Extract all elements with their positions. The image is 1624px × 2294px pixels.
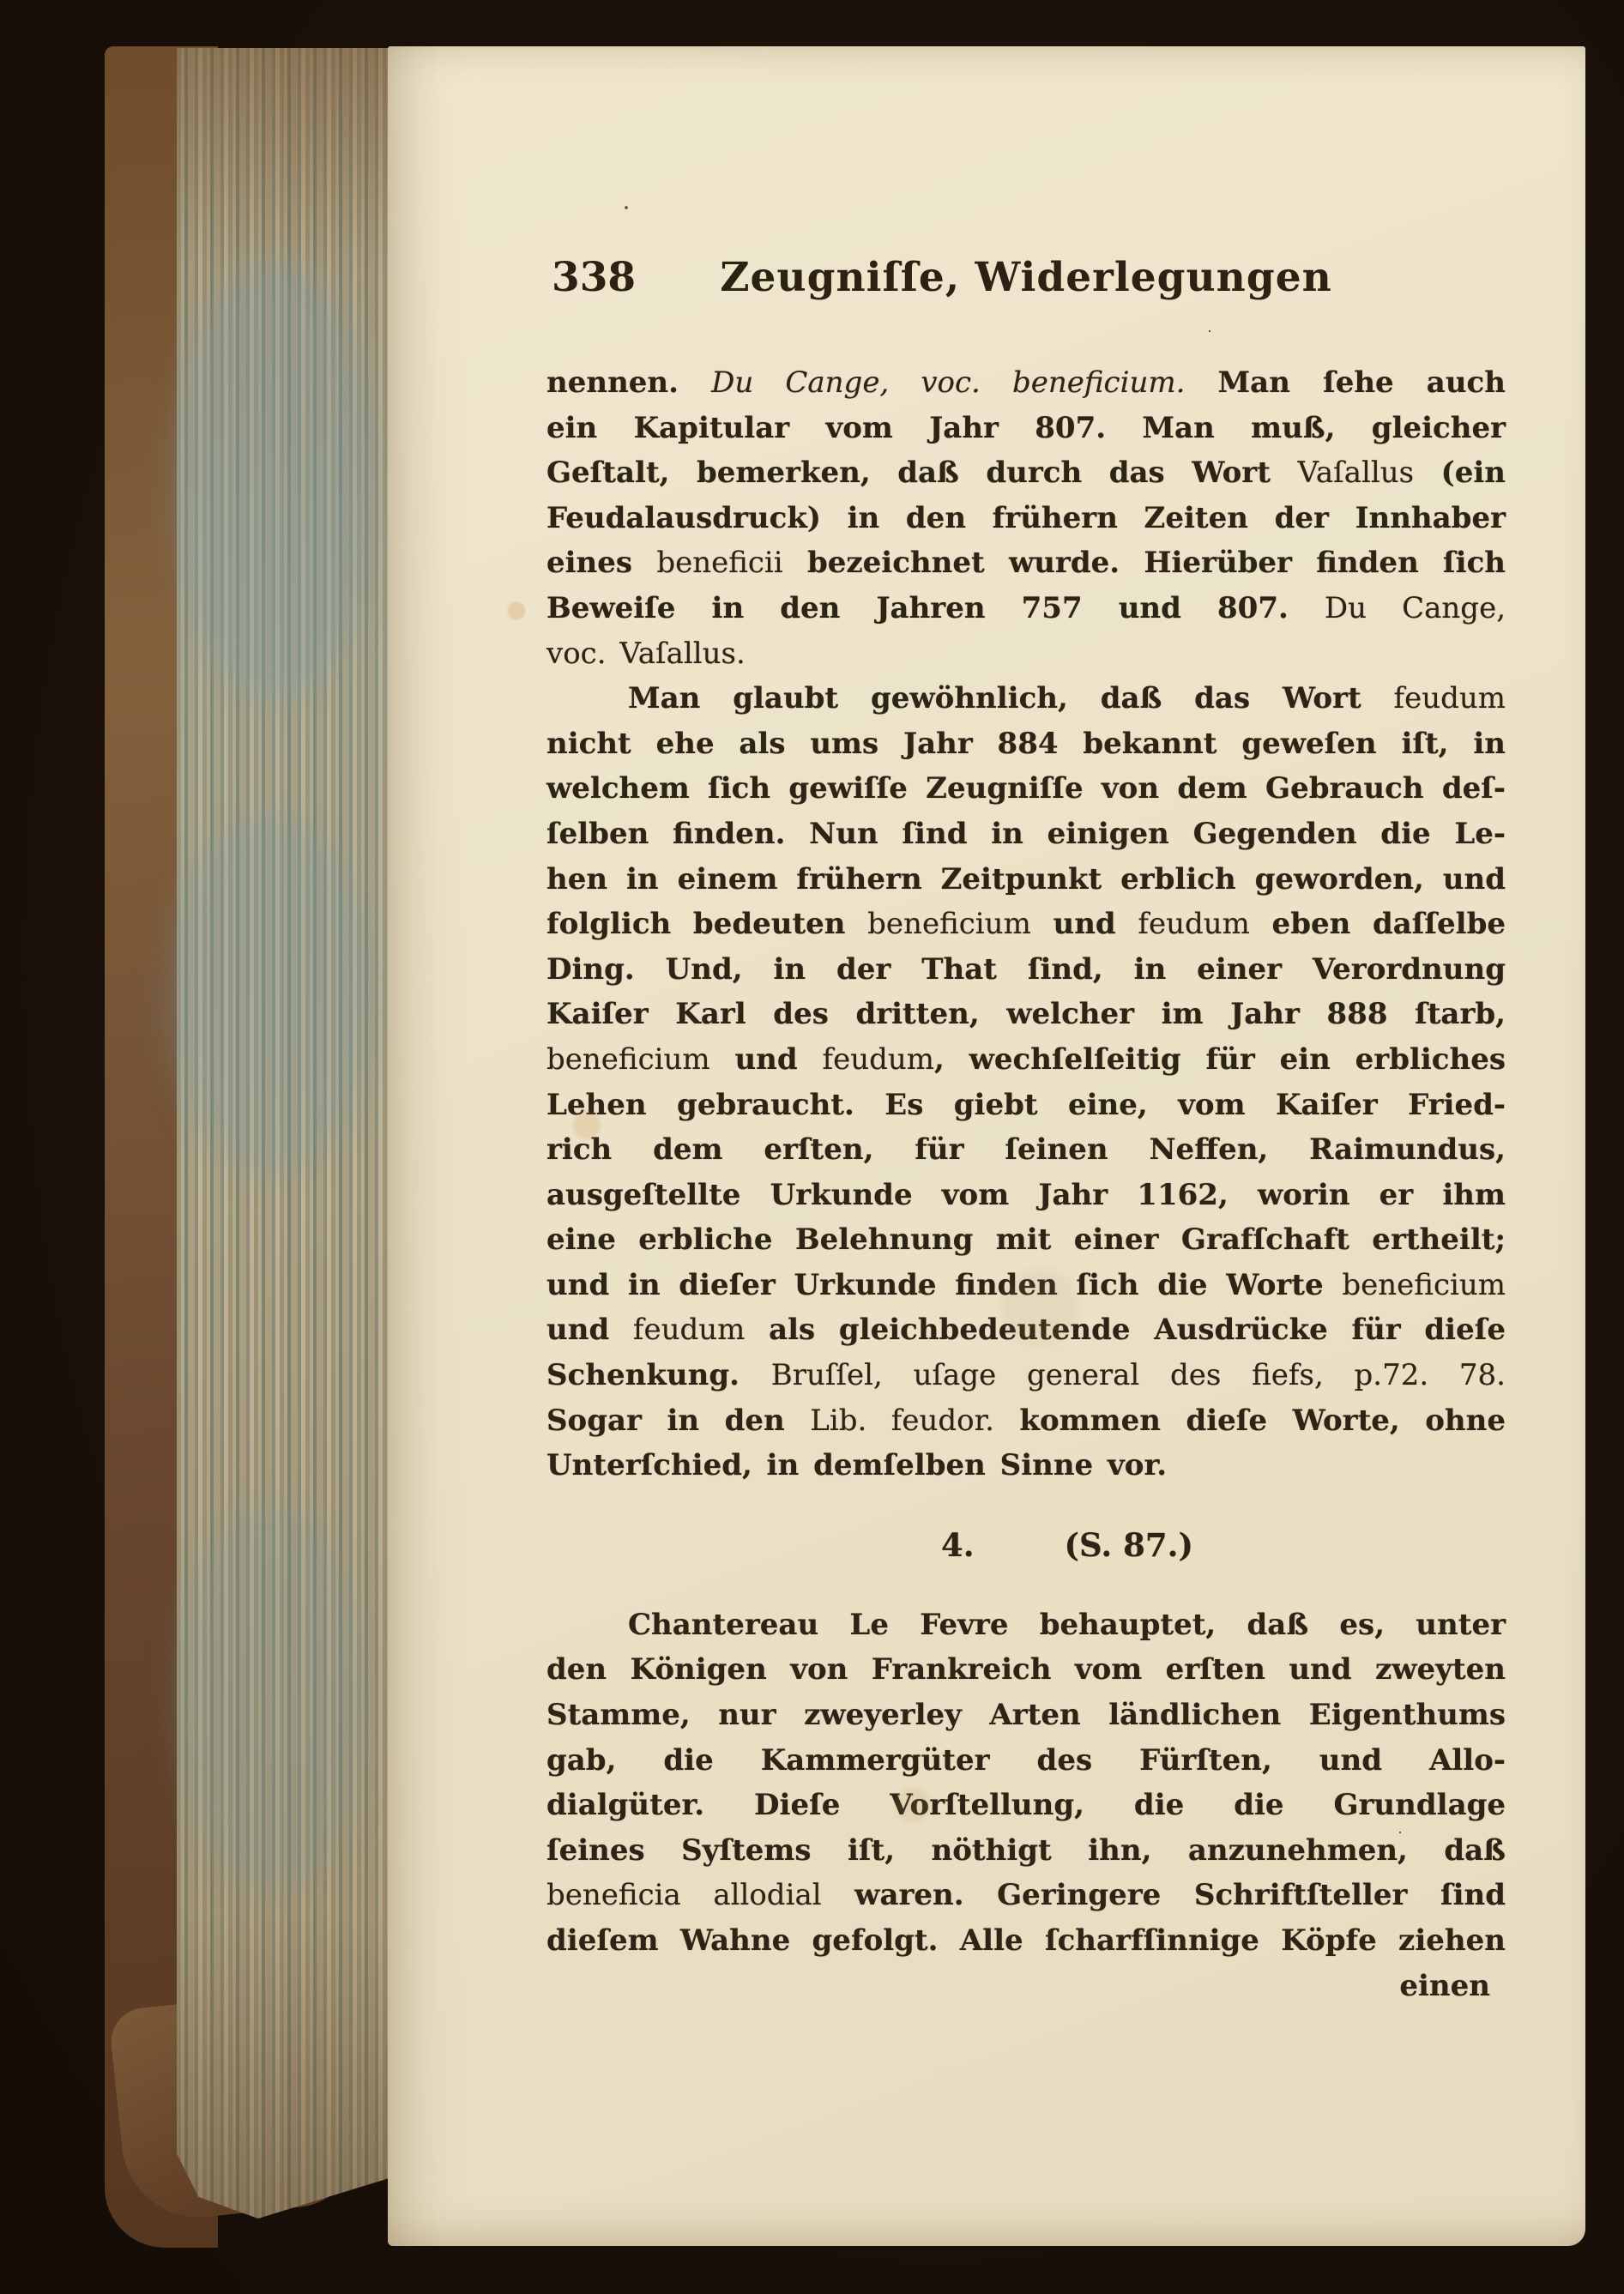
text-line: Schenkung. Bruſſel, uſage general des fi… bbox=[546, 1353, 1506, 1398]
text-segment: nennen. bbox=[546, 365, 711, 400]
text-line: und in dieſer Urkunde finden ſich die Wo… bbox=[546, 1263, 1506, 1308]
text-segment: ein Kapitular vom Jahr 807. Man muß, gle… bbox=[546, 411, 1506, 445]
text-segment: Ding. Und, in der That ſind, in einer Ve… bbox=[546, 952, 1506, 987]
text-column: 338 Zeugniſſe, Widerlegungen nennen. Du … bbox=[546, 254, 1506, 314]
text-segment: beneficium bbox=[867, 907, 1031, 941]
text-segment: eben daſſelbe bbox=[1250, 907, 1506, 941]
text-line: Beweiſe in den Jahren 757 und 807. Du Ca… bbox=[546, 586, 1506, 631]
text-line: ſelben finden. Nun ſind in einigen Gegen… bbox=[546, 812, 1506, 857]
text-segment: hen in einem frühern Zeitpunkt erblich g… bbox=[546, 862, 1506, 896]
text-line: Ding. Und, in der That ſind, in einer Ve… bbox=[546, 947, 1506, 993]
text-segment: Beweiſe in den Jahren 757 und 807. bbox=[546, 591, 1325, 625]
text-line: eines beneficii bezeichnet wurde. Hierüb… bbox=[546, 540, 1506, 586]
text-segment: beneficium bbox=[1342, 1268, 1506, 1302]
text-line: dialgüter. Dieſe Vorſtellung, die die Gr… bbox=[546, 1783, 1506, 1828]
text-segment: und bbox=[1031, 907, 1138, 941]
text-segment: beneficia allodial bbox=[546, 1878, 822, 1912]
text-line: rich dem erſten, für ſeinen Neffen, Raim… bbox=[546, 1127, 1506, 1173]
text-segment: Schenkung. bbox=[546, 1358, 771, 1392]
text-segment: , wechſelſeitig für ein erbliches bbox=[934, 1042, 1506, 1077]
text-line: folglich bedeuten beneficium und feudum … bbox=[546, 902, 1506, 947]
text-segment: Du Cange, voc. beneficium. bbox=[711, 365, 1185, 400]
text-segment: ſelben finden. Nun ſind in einigen Gegen… bbox=[546, 817, 1506, 851]
text-line: ein Kapitular vom Jahr 807. Man muß, gle… bbox=[546, 406, 1506, 451]
text-segment: als gleichbedeutende Ausdrücke für dieſe bbox=[745, 1313, 1506, 1347]
text-line: nennen. Du Cange, voc. beneficium. Man ſ… bbox=[546, 360, 1506, 406]
section-gap bbox=[546, 1568, 1506, 1603]
section-number: 4. bbox=[941, 1526, 975, 1564]
text-segment: Unterſchied, in demſelben Sinne vor. bbox=[546, 1448, 1167, 1482]
text-segment: ausgeſtellte Urkunde vom Jahr 1162, wori… bbox=[546, 1178, 1506, 1212]
text-line: Stamme, nur zweyerley Arten ländlichen E… bbox=[546, 1693, 1506, 1738]
catchword: einen bbox=[1399, 1969, 1490, 2003]
text-segment: und bbox=[710, 1042, 823, 1077]
text-line: Geſtalt, bemerken, daß durch das Wort Va… bbox=[546, 450, 1506, 496]
text-line: den Königen von Frankreich vom erſten un… bbox=[546, 1647, 1506, 1693]
text-segment: folglich bedeuten bbox=[546, 907, 867, 941]
section-heading: 4. (S. 87.) bbox=[588, 1523, 1547, 1568]
text-segment: dieſem Wahne gefolgt. Alle ſcharfſinnige… bbox=[546, 1923, 1506, 1958]
text-segment: waren. Geringere Schriftſteller ſind bbox=[822, 1878, 1506, 1912]
text-segment: Du Cange, bbox=[1325, 591, 1506, 625]
text-segment: nicht ehe als ums Jahr 884 bekannt geweſ… bbox=[546, 727, 1506, 761]
text-segment: Chantereau Le Fevre behauptet, daß es, u… bbox=[628, 1608, 1506, 1642]
text-line: und feudum als gleichbedeutende Ausdrück… bbox=[546, 1307, 1506, 1353]
text-segment: rich dem erſten, für ſeinen Neffen, Raim… bbox=[546, 1132, 1506, 1167]
text-segment: Feudalausdruck) in den frühern Zeiten de… bbox=[546, 501, 1506, 535]
text-line: hen in einem frühern Zeitpunkt erblich g… bbox=[546, 857, 1506, 903]
text-segment: Sogar in den bbox=[546, 1404, 810, 1438]
text-line: eine erbliche Belehnung mit einer Grafſc… bbox=[546, 1217, 1506, 1263]
paragraph: Man glaubt gewöhnlich, daß das Wort feud… bbox=[546, 676, 1506, 1488]
text-segment: kommen dieſe Worte, ohne bbox=[994, 1404, 1506, 1438]
text-line: Feudalausdruck) in den frühern Zeiten de… bbox=[546, 496, 1506, 541]
text-segment: dialgüter. Dieſe Vorſtellung, die die Gr… bbox=[546, 1788, 1506, 1822]
text-segment: voc. Vaſallus. bbox=[546, 637, 746, 671]
book-page: 338 Zeugniſſe, Widerlegungen nennen. Du … bbox=[388, 46, 1585, 2246]
text-segment: Kaiſer Karl des dritten, welcher im Jahr… bbox=[546, 997, 1506, 1031]
section-gap bbox=[546, 1488, 1506, 1523]
text-segment: eine erbliche Belehnung mit einer Grafſc… bbox=[546, 1222, 1506, 1257]
text-segment: Bruſſel, uſage general des fiefs, p.72. … bbox=[771, 1358, 1506, 1392]
text-segment: feudum bbox=[633, 1313, 746, 1347]
text-line: voc. Vaſallus. bbox=[546, 631, 1506, 677]
text-line: ſeines Syſtems iſt, nöthigt ihn, anzuneh… bbox=[546, 1828, 1506, 1874]
catchword-row: einen bbox=[546, 1964, 1506, 2008]
text-line: gab, die Kammergüter des Fürſten, und Al… bbox=[546, 1738, 1506, 1784]
text-line: Unterſchied, in demſelben Sinne vor. bbox=[546, 1443, 1506, 1488]
text-segment: welchem ſich gewiſſe Zeugniſſe von dem G… bbox=[546, 771, 1506, 806]
text-segment: gab, die Kammergüter des Fürſten, und Al… bbox=[546, 1743, 1506, 1778]
text-line: Man glaubt gewöhnlich, daß das Wort feud… bbox=[546, 676, 1506, 721]
paragraph: nennen. Du Cange, voc. beneficium. Man ſ… bbox=[546, 360, 1506, 676]
text-segment: Man glaubt gewöhnlich, daß das Wort bbox=[628, 681, 1393, 715]
text-segment: Lib. feudor. bbox=[810, 1404, 994, 1438]
text-segment: (ein bbox=[1414, 456, 1506, 490]
text-line: ausgeſtellte Urkunde vom Jahr 1162, wori… bbox=[546, 1173, 1506, 1218]
text-segment: Stamme, nur zweyerley Arten ländlichen E… bbox=[546, 1698, 1506, 1732]
text-segment: feudum bbox=[1393, 681, 1506, 715]
text-segment: und in dieſer Urkunde finden ſich die Wo… bbox=[546, 1268, 1342, 1302]
text-line: Lehen gebraucht. Es giebt eine, vom Kaiſ… bbox=[546, 1083, 1506, 1128]
text-segment: und bbox=[546, 1313, 633, 1347]
text-line: nicht ehe als ums Jahr 884 bekannt geweſ… bbox=[546, 721, 1506, 767]
text-line: beneficium und feudum, wechſelſeitig für… bbox=[546, 1037, 1506, 1083]
text-segment: beneficium bbox=[546, 1042, 710, 1077]
text-segment: Vaſallus bbox=[1297, 456, 1414, 490]
text-line: Chantereau Le Fevre behauptet, daß es, u… bbox=[546, 1603, 1506, 1648]
text-segment: Geſtalt, bemerken, daß durch das Wort bbox=[546, 456, 1297, 490]
text-line: Kaiſer Karl des dritten, welcher im Jahr… bbox=[546, 992, 1506, 1037]
text-segment: feudum bbox=[822, 1042, 934, 1077]
text-segment: feudum bbox=[1138, 907, 1250, 941]
body-text: nennen. Du Cange, voc. beneficium. Man ſ… bbox=[546, 360, 1506, 2008]
text-segment: ſeines Syſtems iſt, nöthigt ihn, anzuneh… bbox=[546, 1833, 1506, 1868]
section-page-reference: (S. 87.) bbox=[1064, 1526, 1193, 1564]
text-segment: beneficii bbox=[656, 546, 782, 580]
text-segment: bezeichnet wurde. Hierüber finden ſich bbox=[783, 546, 1506, 580]
page-header: 338 Zeugniſſe, Widerlegungen bbox=[546, 254, 1506, 314]
text-segment: eines bbox=[546, 546, 656, 580]
text-segment: den Königen von Frankreich vom erſten un… bbox=[546, 1652, 1506, 1687]
text-segment: Man ſehe auch bbox=[1185, 365, 1506, 400]
text-line: dieſem Wahne gefolgt. Alle ſcharfſinnige… bbox=[546, 1918, 1506, 1964]
text-line: beneficia allodial waren. Geringere Schr… bbox=[546, 1873, 1506, 1918]
photo-background: 338 Zeugniſſe, Widerlegungen nennen. Du … bbox=[0, 0, 1624, 2294]
running-title: Zeugniſſe, Widerlegungen bbox=[546, 254, 1506, 301]
text-line: welchem ſich gewiſſe Zeugniſſe von dem G… bbox=[546, 766, 1506, 812]
text-segment: Lehen gebraucht. Es giebt eine, vom Kaiſ… bbox=[546, 1088, 1506, 1122]
text-line: Sogar in den Lib. feudor. kommen dieſe W… bbox=[546, 1398, 1506, 1444]
paragraph: Chantereau Le Fevre behauptet, daß es, u… bbox=[546, 1603, 1506, 1964]
